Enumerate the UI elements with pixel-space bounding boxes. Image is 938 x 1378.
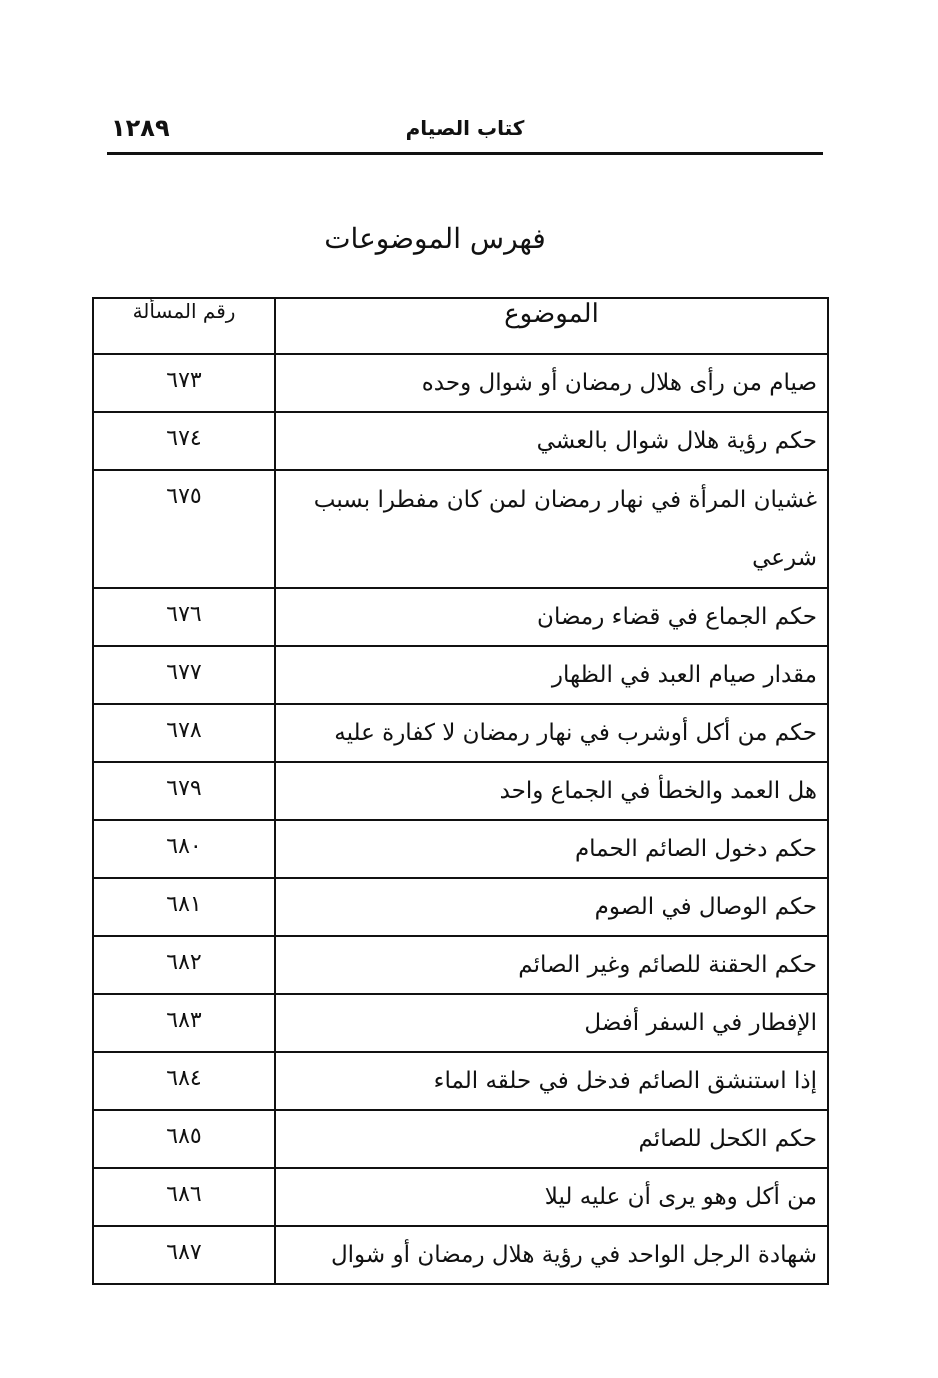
header-rule (107, 152, 823, 155)
running-header: كتاب الصيام ١٢٨٩ (107, 108, 823, 154)
topic-cell: من أكل وهو يرى أن عليه ليلا (275, 1168, 828, 1226)
topic-cell: حكم الجماع في قضاء رمضان (275, 588, 828, 646)
issue-number-cell: ٦٧٧ (93, 646, 275, 704)
table-row: هل العمد والخطأ في الجماع واحد٦٧٩ (93, 762, 828, 820)
table-row: إذا استنشق الصائم فدخل في حلقه الماء٦٨٤ (93, 1052, 828, 1110)
topics-index-table: الموضوع رقم المسألة صيام من رأى هلال رمض… (92, 297, 829, 1285)
topic-cell: إذا استنشق الصائم فدخل في حلقه الماء (275, 1052, 828, 1110)
table-header-row: الموضوع رقم المسألة (93, 298, 828, 354)
topic-cell: حكم دخول الصائم الحمام (275, 820, 828, 878)
table-row: صيام من رأى هلال رمضان أو شوال وحده٦٧٣ (93, 354, 828, 412)
book-title: كتاب الصيام (107, 116, 823, 140)
topic-cell: الإفطار في السفر أفضل (275, 994, 828, 1052)
issue-number-cell: ٦٨٤ (93, 1052, 275, 1110)
issue-number-cell: ٦٧٤ (93, 412, 275, 470)
page-title: فهرس الموضوعات (0, 222, 870, 255)
table-row: حكم دخول الصائم الحمام٦٨٠ (93, 820, 828, 878)
column-header-topic: الموضوع (275, 298, 828, 354)
topic-cell: صيام من رأى هلال رمضان أو شوال وحده (275, 354, 828, 412)
table-row: حكم من أكل أوشرب في نهار رمضان لا كفارة … (93, 704, 828, 762)
table-row: حكم الكحل للصائم٦٨٥ (93, 1110, 828, 1168)
issue-number-cell: ٦٨٠ (93, 820, 275, 878)
topic-cell: حكم الكحل للصائم (275, 1110, 828, 1168)
issue-number-cell: ٦٨٣ (93, 994, 275, 1052)
table-row: حكم رؤية هلال شوال بالعشي٦٧٤ (93, 412, 828, 470)
issue-number-cell: ٦٨٢ (93, 936, 275, 994)
issue-number-cell: ٦٧٦ (93, 588, 275, 646)
table-row: شهادة الرجل الواحد في رؤية هلال رمضان أو… (93, 1226, 828, 1284)
table-row: حكم الوصال في الصوم٦٨١ (93, 878, 828, 936)
topic-cell: مقدار صيام العبد في الظهار (275, 646, 828, 704)
issue-number-cell: ٦٨٥ (93, 1110, 275, 1168)
issue-number-cell: ٦٨٧ (93, 1226, 275, 1284)
topic-cell: غشيان المرأة في نهار رمضان لمن كان مفطرا… (275, 470, 828, 588)
table-row: الإفطار في السفر أفضل٦٨٣ (93, 994, 828, 1052)
topic-cell: حكم رؤية هلال شوال بالعشي (275, 412, 828, 470)
issue-number-cell: ٦٧٨ (93, 704, 275, 762)
topic-cell: حكم الحقنة للصائم وغير الصائم (275, 936, 828, 994)
table-row: حكم الحقنة للصائم وغير الصائم٦٨٢ (93, 936, 828, 994)
table-row: حكم الجماع في قضاء رمضان٦٧٦ (93, 588, 828, 646)
table-row: مقدار صيام العبد في الظهار٦٧٧ (93, 646, 828, 704)
table-row: من أكل وهو يرى أن عليه ليلا٦٨٦ (93, 1168, 828, 1226)
page-number: ١٢٨٩ (111, 114, 170, 142)
topic-cell: حكم من أكل أوشرب في نهار رمضان لا كفارة … (275, 704, 828, 762)
column-header-issue-number: رقم المسألة (93, 298, 275, 354)
issue-number-cell: ٦٨٦ (93, 1168, 275, 1226)
issue-number-cell: ٦٧٣ (93, 354, 275, 412)
table-row: غشيان المرأة في نهار رمضان لمن كان مفطرا… (93, 470, 828, 588)
issue-number-cell: ٦٧٩ (93, 762, 275, 820)
topic-cell: حكم الوصال في الصوم (275, 878, 828, 936)
topic-cell: هل العمد والخطأ في الجماع واحد (275, 762, 828, 820)
issue-number-cell: ٦٨١ (93, 878, 275, 936)
issue-number-cell: ٦٧٥ (93, 470, 275, 588)
topic-cell: شهادة الرجل الواحد في رؤية هلال رمضان أو… (275, 1226, 828, 1284)
